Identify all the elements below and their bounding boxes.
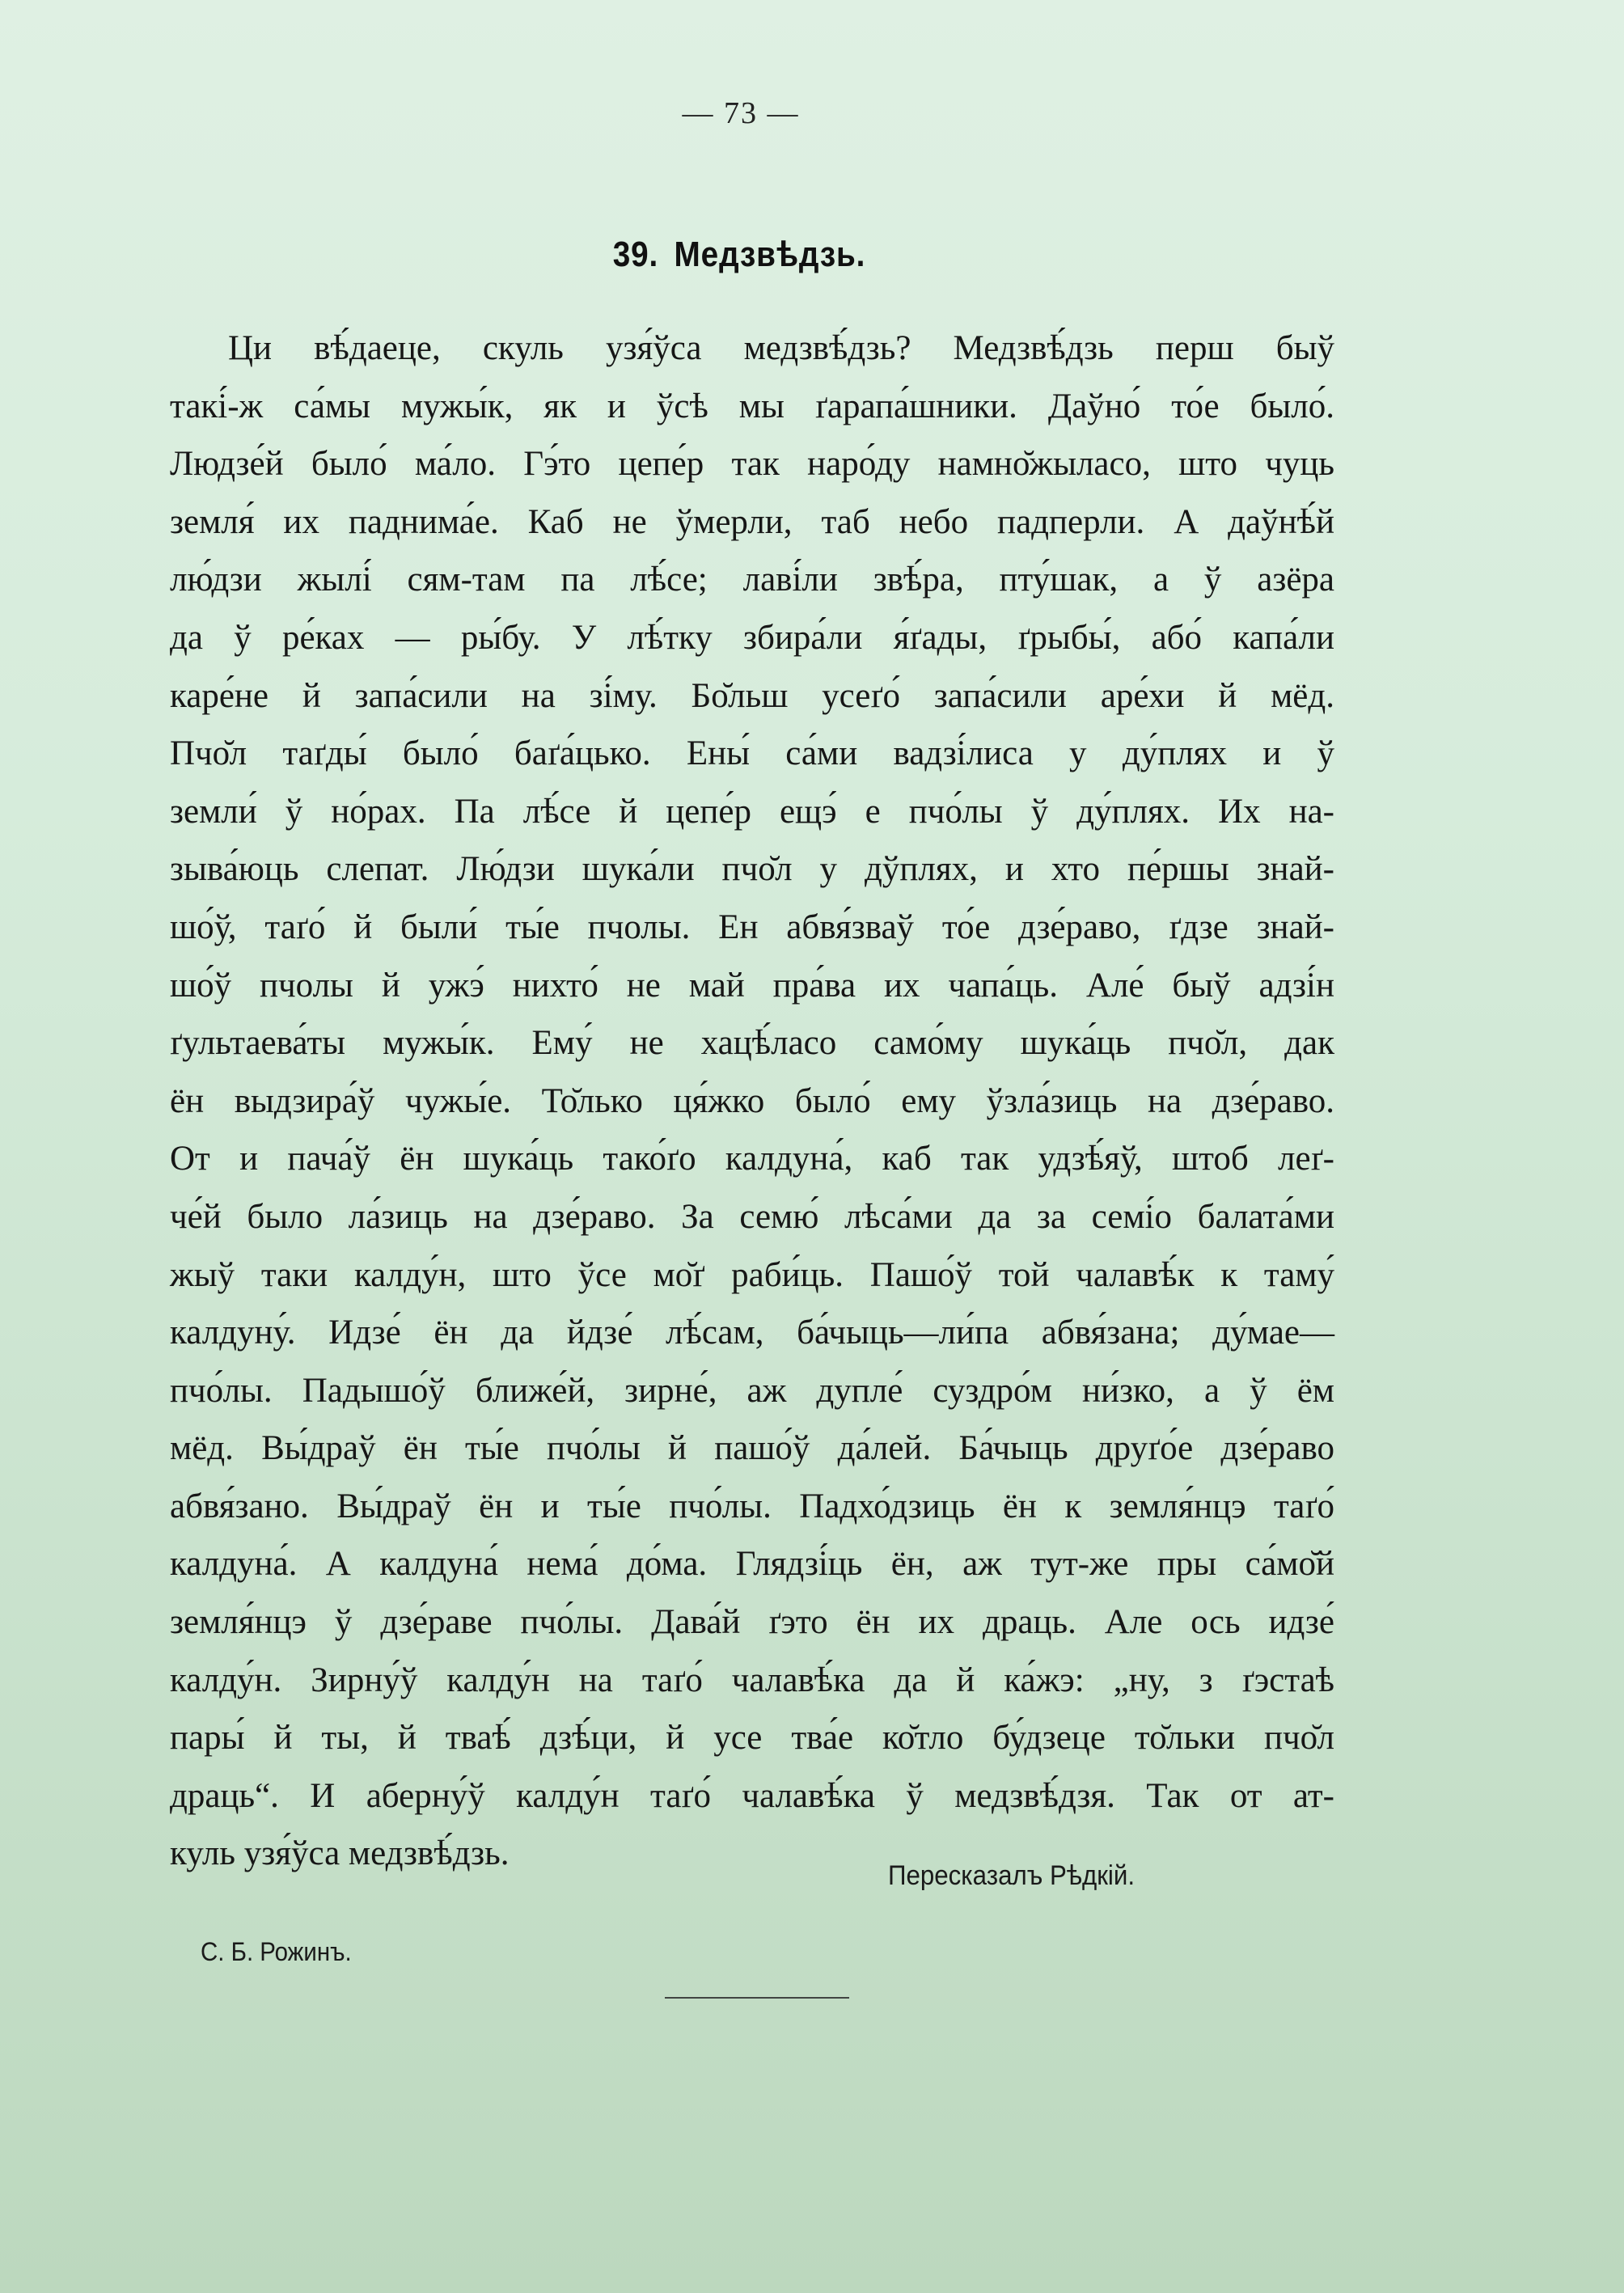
page-number: — 73 — bbox=[0, 95, 1553, 131]
text-line: жыў таки калду́н, што ўсе мо̆ґ раби́ць. … bbox=[170, 1246, 1334, 1305]
story-title-text: Медзвѣдзь. bbox=[675, 235, 866, 274]
narrator-credit: Пересказалъ Рѣдкій. bbox=[888, 1860, 1135, 1892]
text-line: абвя́зано. Вы́драў ён и ты́е пчо́лы. Пад… bbox=[170, 1478, 1334, 1536]
text-line: ґультаева́ты мужы́к. Ему́ не хацѣ́ласо с… bbox=[170, 1014, 1334, 1072]
text-line: земли́ ў но́рах. Па лѣ́се й цепе́р ещэ́ … bbox=[170, 783, 1334, 841]
text-line: шо́ў пчолы й ужэ́ нихто́ не май пра́ва и… bbox=[170, 957, 1334, 1015]
text-line: куль узя́ўса медзвѣ́дзь. bbox=[170, 1825, 1334, 1883]
text-line: калду́н. Зирну́ў калду́н на таґо́ чалавѣ… bbox=[170, 1652, 1334, 1710]
text-line: Ци вѣ́даеце, скуль узя́ўса медзвѣ́дзь? М… bbox=[170, 319, 1334, 378]
text-line: пары́ й ты, й тваѣ́ дзѣ́ци, й усе тва́е … bbox=[170, 1709, 1334, 1767]
text-line: шо́ў, таґо́ й были́ ты́е пчолы. Ен абвя́… bbox=[170, 899, 1334, 957]
text-line: пчо́лы. Падышо́ў ближе́й, зирне́, аж дуп… bbox=[170, 1362, 1334, 1420]
text-line: ён выдзира́ў чужы́е. То̆лько ця́жко было… bbox=[170, 1072, 1334, 1131]
text-line: Пчо̆л таґды́ было́ баґа́цько. Ены́ са́ми… bbox=[170, 725, 1334, 783]
text-line: да ў ре́ках — ры́бу. У лѣ́тку збира́ли я… bbox=[170, 609, 1334, 667]
story-title: 39.Медзвѣдзь. bbox=[24, 235, 1453, 275]
story-body: Ци вѣ́даеце, скуль узя́ўса медзвѣ́дзь? М… bbox=[170, 319, 1334, 1883]
text-line: земля́нцэ ў дзе́раве пчо́лы. Дава́й ґэто… bbox=[170, 1593, 1334, 1652]
recorder-credit: С. Б. Рожинъ. bbox=[201, 1937, 352, 1967]
text-line: драць“. И аберну́ў калду́н таґо́ чалавѣ́… bbox=[170, 1767, 1334, 1826]
text-line: калдуну́. Идзе́ ён да йдзе́ лѣ́сам, ба́ч… bbox=[170, 1304, 1334, 1362]
section-divider bbox=[665, 1997, 849, 1999]
text-line: земля́ их паднима́е. Каб не ўмерли, таб … bbox=[170, 493, 1334, 552]
text-line: че́й было ла́зиць на дзе́раво. За семю́ … bbox=[170, 1188, 1334, 1246]
text-line: мёд. Вы́драў ён ты́е пчо́лы й пашо́ў да́… bbox=[170, 1419, 1334, 1478]
story-number: 39. bbox=[613, 235, 658, 274]
text-line: такі́-ж са́мы мужы́к, як и ўсѣ мы ґарапа… bbox=[170, 378, 1334, 436]
text-line: каре́не й запа́сили на зі́му. Бо̆льш усе… bbox=[170, 667, 1334, 726]
text-line: лю́дзи жылі́ сям-там па лѣ́се; лаві́ли з… bbox=[170, 551, 1334, 609]
text-line: зыва́юць слепат. Лю́дзи шука́ли пчо̆л у … bbox=[170, 840, 1334, 899]
text-line: Людзе́й было́ ма́ло. Гэ́то цепе́р так на… bbox=[170, 435, 1334, 493]
text-line: калдуна́. А калдуна́ нема́ до́ма. Глядзі… bbox=[170, 1535, 1334, 1593]
text-line: От и пача́ў ён шука́ць тако́ґо калдуна́,… bbox=[170, 1130, 1334, 1188]
